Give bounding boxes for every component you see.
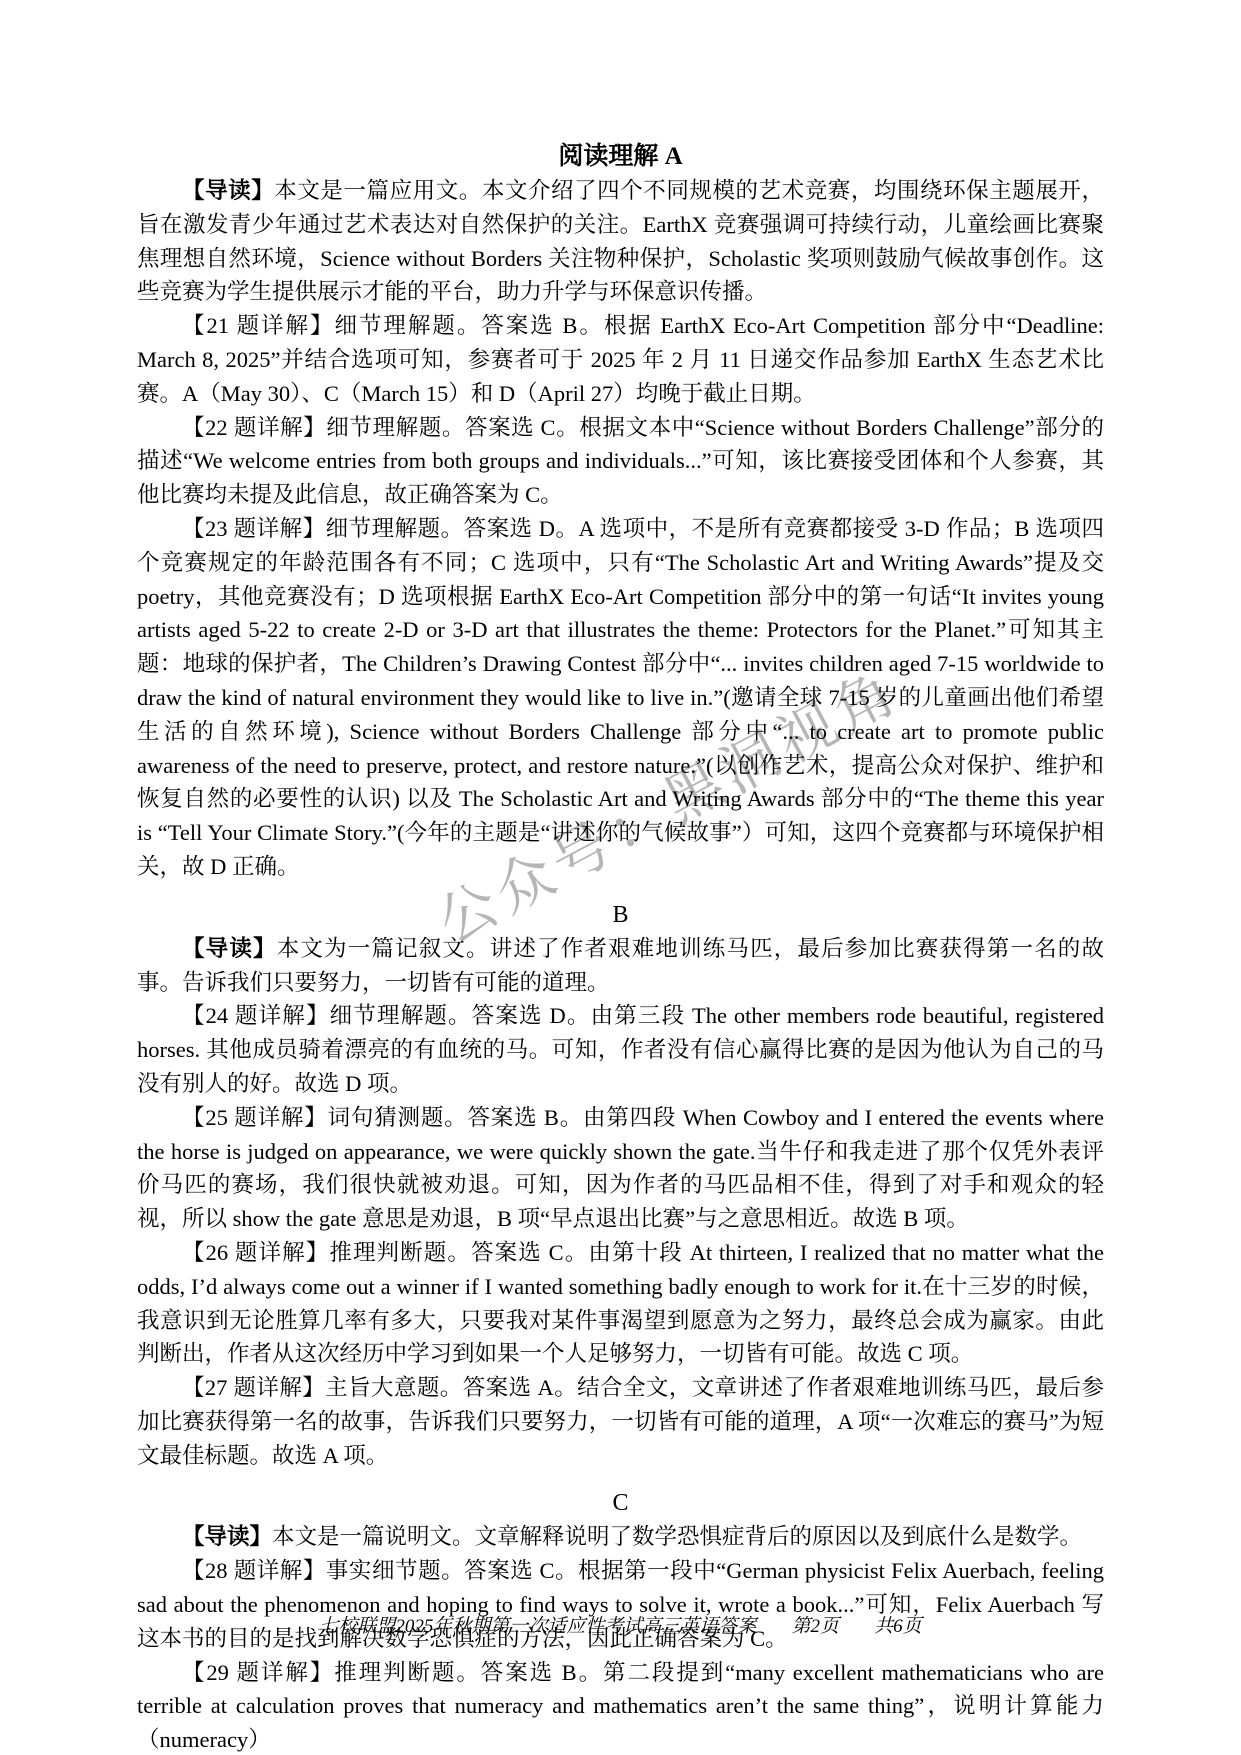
paragraph: 【24 题详解】细节理解题。答案选 D。由第三段 The other membe…	[137, 999, 1104, 1100]
paragraph: 【导读】本文是一篇应用文。本文介绍了四个不同规模的艺术竞赛，均围绕环保主题展开，…	[137, 174, 1104, 309]
paragraph-label: 【导读】	[182, 936, 277, 961]
paragraph: 【26 题详解】推理判断题。答案选 C。由第十段 At thirteen, I …	[137, 1236, 1104, 1371]
footer-page-total: 共6页	[874, 1616, 922, 1637]
paragraph-label: 【导读】	[182, 1524, 272, 1549]
section-heading: B	[137, 898, 1104, 932]
paragraph-label: 【25 题详解】	[182, 1105, 328, 1130]
paragraph-label: 【27 题详解】	[182, 1375, 325, 1400]
paragraph-label: 【22 题详解】	[182, 415, 326, 440]
paragraph-text: 本文是一篇应用文。本文介绍了四个不同规模的艺术竞赛，均围绕环保主题展开，旨在激发…	[137, 178, 1104, 304]
paragraph: 【29 题详解】推理判断题。答案选 B。第二段提到“many excellent…	[137, 1656, 1104, 1755]
paragraph-label: 【28 题详解】	[182, 1558, 326, 1583]
answer-key-page: 公众号：黑洞视角 阅读理解 A 【导读】本文是一篇应用文。本文介绍了四个不同规模…	[0, 0, 1241, 1755]
paragraph-label: 【26 题详解】	[182, 1240, 329, 1265]
paragraph-label: 【导读】	[182, 178, 274, 203]
page-footer: 七校联盟2025年秋期第一次适应性考试高三英语答案 第2页 共6页	[137, 1612, 1104, 1642]
paragraph-text: 本文是一篇说明文。文章解释说明了数学恐惧症背后的原因以及到底什么是数学。	[272, 1524, 1082, 1549]
paragraph-label: 【23 题详解】	[182, 516, 326, 541]
paragraph-label: 【24 题详解】	[182, 1003, 330, 1028]
paragraph: 【导读】本文为一篇记叙文。讲述了作者艰难地训练马匹，最后参加比赛获得第一名的故事…	[137, 932, 1104, 1000]
paragraph-label: 【29 题详解】	[182, 1660, 334, 1685]
paragraph-label: 【21 题详解】	[182, 313, 334, 338]
paragraph-text: 细节理解题。答案选 D。A 选项中，不是所有竞赛都接受 3-D 作品；B 选项四…	[137, 516, 1104, 879]
paragraph: 【21 题详解】细节理解题。答案选 B。根据 EarthX Eco-Art Co…	[137, 309, 1104, 410]
footer-page-number: 第2页	[791, 1616, 839, 1637]
footer-exam-title: 七校联盟2025年秋期第一次适应性考试高三英语答案	[319, 1616, 756, 1637]
section-paragraphs: 【导读】本文是一篇应用文。本文介绍了四个不同规模的艺术竞赛，均围绕环保主题展开，…	[137, 174, 1104, 884]
paragraph: 【导读】本文是一篇说明文。文章解释说明了数学恐惧症背后的原因以及到底什么是数学。	[137, 1520, 1104, 1554]
section-paragraphs: 【导读】本文为一篇记叙文。讲述了作者艰难地训练马匹，最后参加比赛获得第一名的故事…	[137, 932, 1104, 1473]
section-heading: C	[137, 1486, 1104, 1520]
answer-section: B 【导读】本文为一篇记叙文。讲述了作者艰难地训练马匹，最后参加比赛获得第一名的…	[137, 898, 1104, 1473]
paragraph: 【23 题详解】细节理解题。答案选 D。A 选项中，不是所有竞赛都接受 3-D …	[137, 512, 1104, 884]
paragraph: 【22 题详解】细节理解题。答案选 C。根据文本中“Science withou…	[137, 411, 1104, 512]
paragraph-text: 本文为一篇记叙文。讲述了作者艰难地训练马匹，最后参加比赛获得第一名的故事。告诉我…	[137, 936, 1104, 995]
document-content: 阅读理解 A 【导读】本文是一篇应用文。本文介绍了四个不同规模的艺术竞赛，均围绕…	[137, 140, 1104, 1755]
answer-section: 阅读理解 A 【导读】本文是一篇应用文。本文介绍了四个不同规模的艺术竞赛，均围绕…	[137, 140, 1104, 884]
paragraph: 【25 题详解】词句猜测题。答案选 B。由第四段 When Cowboy and…	[137, 1101, 1104, 1236]
paragraph: 【27 题详解】主旨大意题。答案选 A。结合全文，文章讲述了作者艰难地训练马匹，…	[137, 1371, 1104, 1472]
section-heading: 阅读理解 A	[137, 140, 1104, 174]
